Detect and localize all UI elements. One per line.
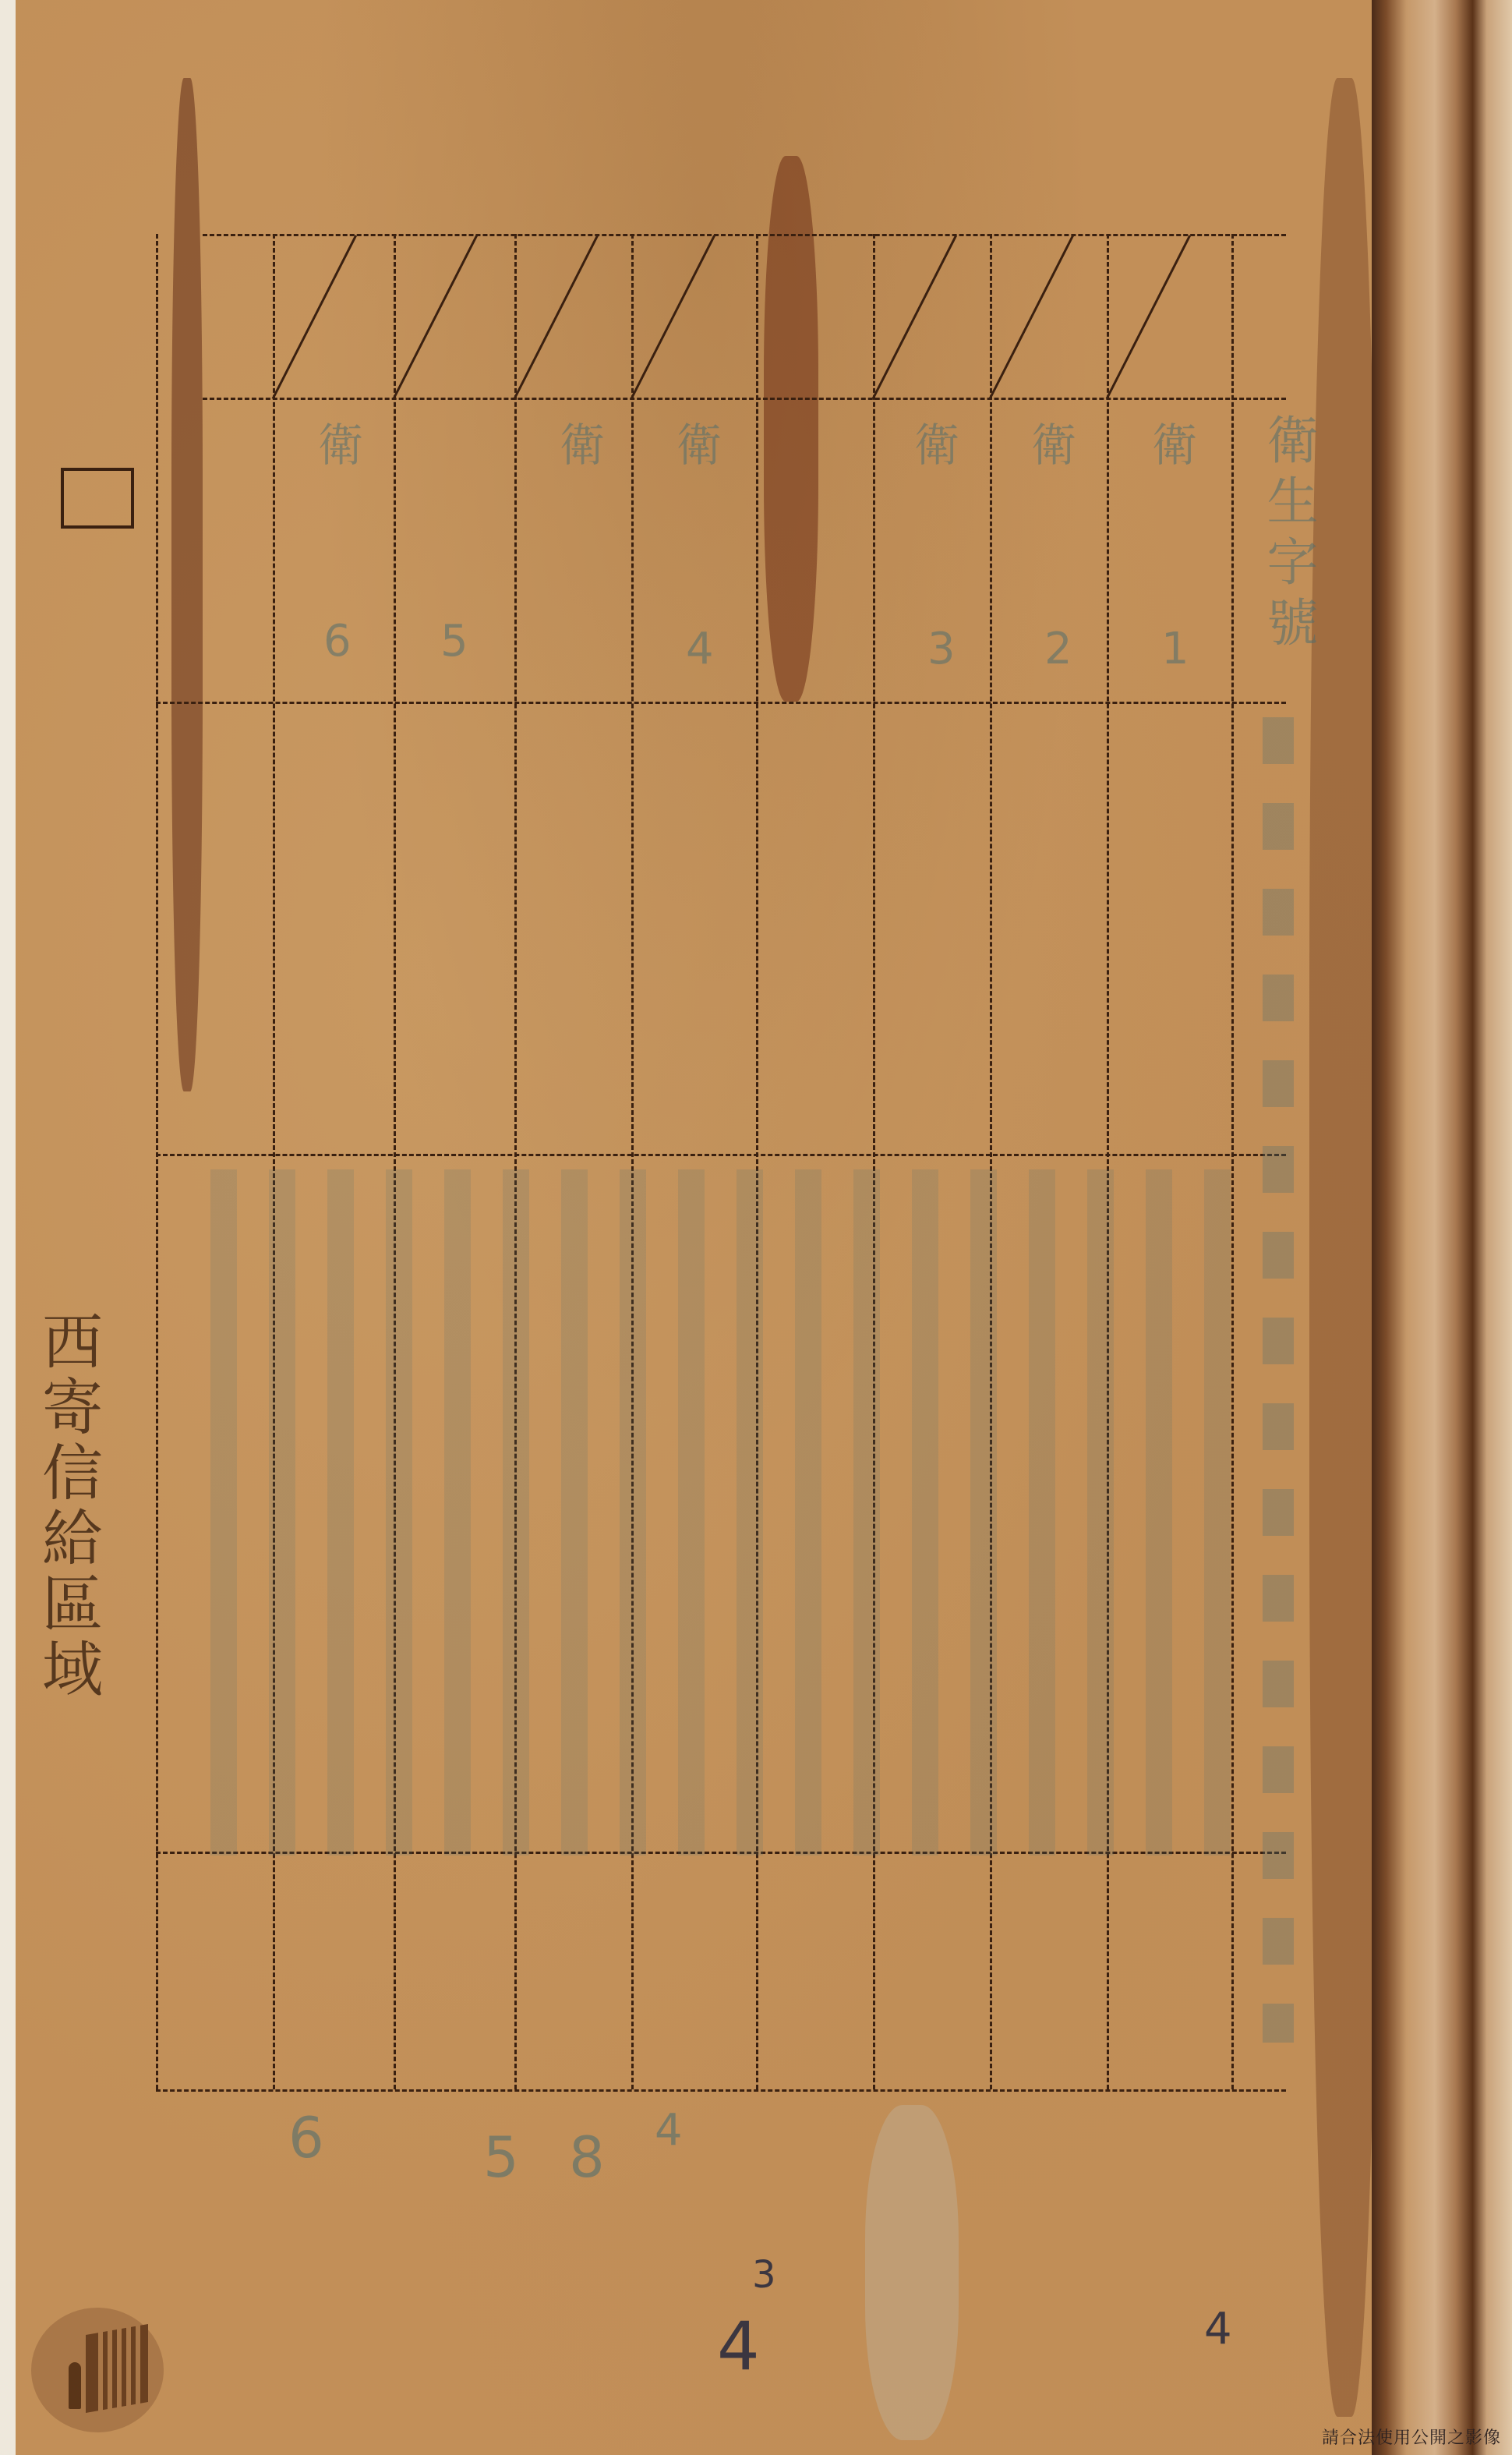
header-diagonal bbox=[272, 235, 357, 399]
faded-body-text bbox=[210, 1169, 1263, 1855]
edge-stain-left bbox=[171, 78, 203, 1091]
column-number: 1 bbox=[1161, 624, 1189, 674]
header-diagonal bbox=[1106, 235, 1191, 399]
header-top-rule bbox=[203, 234, 1286, 236]
torn-binding-edge bbox=[1372, 0, 1512, 2455]
footer-number: 5 bbox=[483, 2124, 519, 2190]
column-number: 6 bbox=[323, 616, 352, 667]
document-page: 衛生字號 衛 衛 衛 衛 衛 衛 6 5 4 3 2 1 西寄信給區域 6 5 … bbox=[16, 0, 1387, 2455]
column-label: 衛 bbox=[662, 421, 728, 476]
column-label: 衛 bbox=[304, 421, 369, 476]
column-number: 5 bbox=[440, 616, 468, 667]
header-diagonal bbox=[872, 235, 957, 399]
footer-number: 6 bbox=[288, 2105, 324, 2170]
pencil-page-number-left: 4 bbox=[717, 2308, 760, 2386]
pencil-mark: 3 bbox=[752, 2253, 776, 2297]
footer-number: 8 bbox=[569, 2124, 605, 2190]
faded-right-column-text bbox=[1263, 717, 1294, 2043]
header-diagonal bbox=[393, 235, 478, 399]
header-diagonal bbox=[514, 235, 599, 399]
section-rule bbox=[156, 1154, 1286, 1156]
column-number: 3 bbox=[927, 624, 956, 674]
header-diagonal bbox=[989, 235, 1074, 399]
keyhole-icon bbox=[69, 2362, 81, 2409]
column-label: 衛 bbox=[1017, 421, 1083, 476]
label-bottom-rule bbox=[156, 702, 1286, 704]
column-number: 2 bbox=[1044, 624, 1072, 674]
column-label: 衛 bbox=[546, 421, 611, 476]
usage-watermark: 請合法使用公開之影像 bbox=[1322, 2425, 1501, 2449]
scan-background-strip bbox=[0, 0, 16, 2455]
column-number: 4 bbox=[686, 624, 714, 674]
archive-logo bbox=[31, 2308, 164, 2432]
table-bottom-rule bbox=[156, 2089, 1286, 2092]
column-label: 衛 bbox=[1138, 421, 1203, 476]
column-rule bbox=[156, 234, 158, 2089]
pencil-page-number-right: 4 bbox=[1204, 2304, 1232, 2354]
spine-box-mark bbox=[61, 468, 134, 529]
column-label: 衛 bbox=[900, 421, 966, 476]
title-column-text: 衛生字號 bbox=[1251, 413, 1325, 656]
book-icon bbox=[86, 2324, 148, 2413]
fold-light bbox=[865, 2105, 959, 2440]
header-bottom-rule bbox=[203, 398, 1286, 400]
footer-number: 4 bbox=[655, 2105, 683, 2156]
header-diagonal bbox=[631, 235, 715, 399]
water-stain bbox=[764, 156, 818, 702]
spine-printed-text: 西寄信給區域 bbox=[23, 1310, 111, 1703]
